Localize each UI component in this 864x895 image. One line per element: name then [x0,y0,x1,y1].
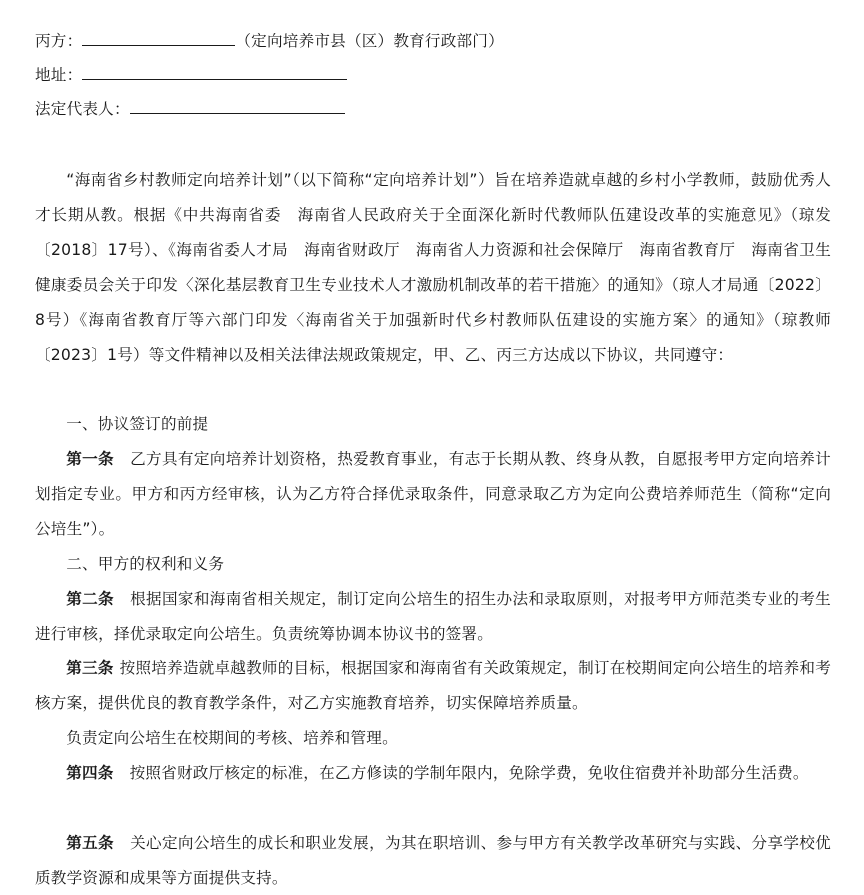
address-label: 地址： [35,66,82,84]
article-5-title: 第五条 [66,834,114,852]
article-5-text: 关心定向公培生的成长和职业发展，为其在职培训、参与甲方有关教学改革研究与实践、分… [35,834,831,887]
article-5: 第五条关心定向公培生的成长和职业发展，为其在职培训、参与甲方有关教学改革研究与实… [35,826,831,895]
party-c-field: 丙方：（定向培养市县（区）教育行政部门） [35,31,504,51]
address-blank[interactable] [82,65,347,80]
article-1-title: 第一条 [66,450,114,468]
article-2-text: 根据国家和海南省相关规定，制订定向公培生的招生办法和录取原则，对报考甲方师范类专… [35,590,831,643]
article-3-continued: 负责定向公培生在校期间的考核、培养和管理。 [35,721,831,756]
address-field: 地址： [35,65,347,85]
article-3-text: 按照培养造就卓越教师的目标，根据国家和海南省有关政策规定，制订在校期间定向公培生… [35,659,831,712]
legal-representative-label: 法定代表人： [35,100,130,118]
party-c-blank[interactable] [82,31,235,46]
article-3-title: 第三条 [66,659,113,677]
section-heading-1: 一、协议签订的前提 [35,407,831,442]
section-heading-2: 二、甲方的权利和义务 [35,547,831,582]
legal-representative-blank[interactable] [130,99,345,114]
intro-paragraph: “海南省乡村教师定向培养计划”（以下简称“定向培养计划”）旨在培养造就卓越的乡村… [35,163,831,373]
article-2-title: 第二条 [66,590,114,608]
article-2: 第二条根据国家和海南省相关规定，制订定向公培生的招生办法和录取原则，对报考甲方师… [35,582,831,652]
article-1: 第一条乙方具有定向培养计划资格，热爱教育事业，有志于长期从教、终身从教，自愿报考… [35,442,831,547]
article-1-text: 乙方具有定向培养计划资格，热爱教育事业，有志于长期从教、终身从教，自愿报考甲方定… [35,450,831,538]
party-c-note: （定向培养市县（区）教育行政部门） [235,32,504,50]
article-4: 第四条按照省财政厅核定的标准，在乙方修读的学制年限内，免除学费，免收住宿费并补助… [35,756,831,791]
article-4-text: 按照省财政厅核定的标准，在乙方修读的学制年限内，免除学费，免收住宿费并补助部分生… [130,764,809,782]
legal-representative-field: 法定代表人： [35,99,345,119]
article-4-title: 第四条 [66,764,113,782]
party-c-label: 丙方： [35,32,82,50]
article-3: 第三条按照培养造就卓越教师的目标，根据国家和海南省有关政策规定，制订在校期间定向… [35,651,831,721]
